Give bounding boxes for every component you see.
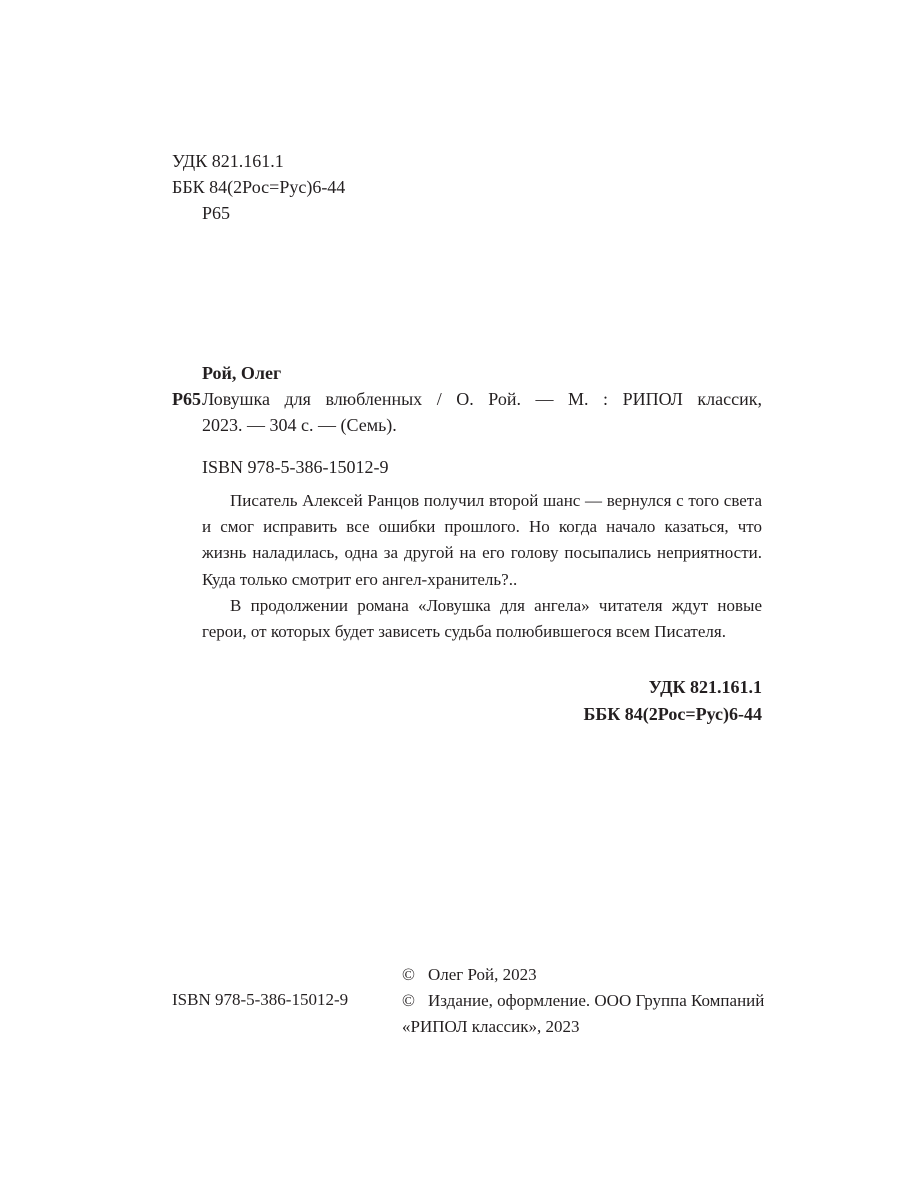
footer-isbn: ISBN 978-5-386-15012-9 <box>172 990 348 1010</box>
classification-right: УДК 821.161.1 ББК 84(2Рос=Рус)6-44 <box>460 674 762 728</box>
copyright-block: ©Олег Рой, 2023 ©Издание, оформление. ОО… <box>402 962 764 1040</box>
author-sign: Р65 <box>172 200 345 226</box>
annotation-paragraph: В продолжении романа «Ловушка для ангела… <box>202 593 762 645</box>
bbk-code: ББК 84(2Рос=Рус)6-44 <box>172 174 345 200</box>
copyright-edition: Издание, оформление. ООО Группа Компаний <box>428 991 764 1010</box>
record-author: Рой, Олег <box>202 360 281 386</box>
copyright-icon: © <box>402 988 428 1014</box>
copyright-icon: © <box>402 962 428 988</box>
udk-code-right: УДК 821.161.1 <box>460 674 762 701</box>
bibliographic-line-2: 2023. — 304 с. — (Семь). <box>202 412 762 438</box>
copyright-author: Олег Рой, 2023 <box>428 965 537 984</box>
classification-top: УДК 821.161.1 ББК 84(2Рос=Рус)6-44 Р65 <box>172 148 345 226</box>
annotation-paragraph: Писатель Алексей Ранцов получил второй ш… <box>202 488 762 593</box>
bibliographic-description: Ловушка для влюбленных / О. Рой. — М. : … <box>202 386 762 438</box>
bbk-code-right: ББК 84(2Рос=Рус)6-44 <box>460 701 762 728</box>
copyright-edition-line: ©Издание, оформление. ООО Группа Компани… <box>402 988 764 1014</box>
copyright-publisher: «РИПОЛ классик», 2023 <box>402 1014 764 1040</box>
udk-code: УДК 821.161.1 <box>172 148 345 174</box>
record-isbn: ISBN 978-5-386-15012-9 <box>202 454 389 480</box>
annotation: Писатель Алексей Ранцов получил второй ш… <box>202 488 762 645</box>
copyright-author-line: ©Олег Рой, 2023 <box>402 962 764 988</box>
bibliographic-line-1: Ловушка для влюбленных / О. Рой. — М. : … <box>202 386 762 412</box>
record-author-sign: Р65 <box>172 386 201 412</box>
imprint-page: УДК 821.161.1 ББК 84(2Рос=Рус)6-44 Р65 Р… <box>0 0 900 1200</box>
